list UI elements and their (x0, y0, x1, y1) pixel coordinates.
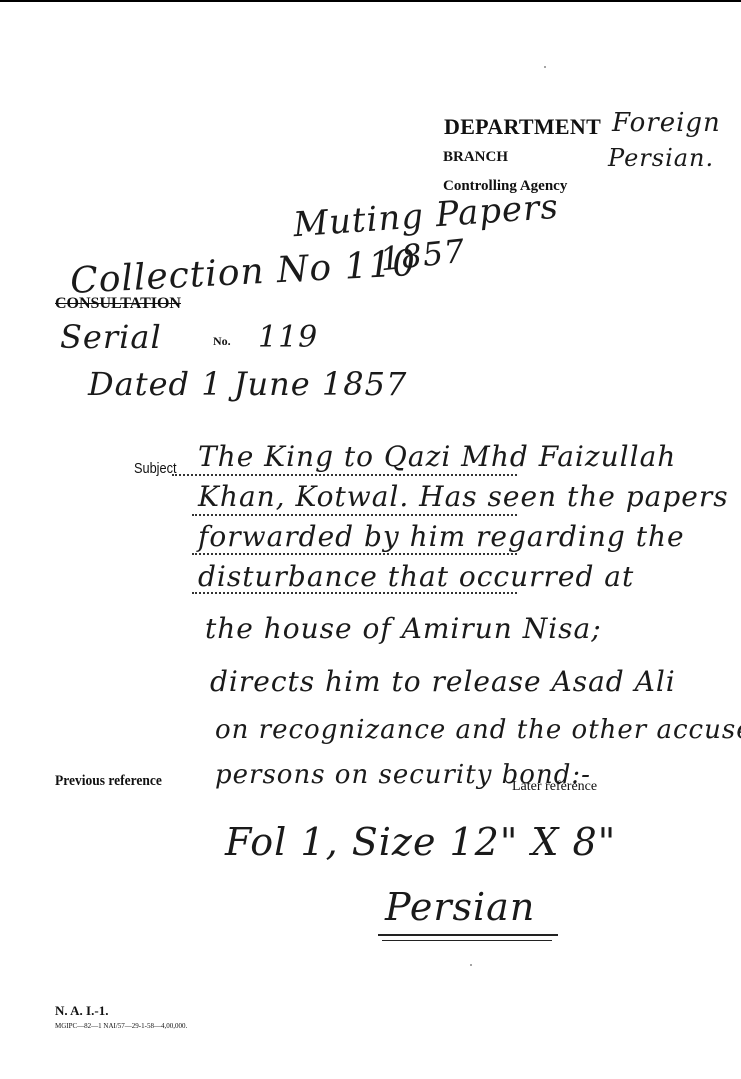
document-page: DEPARTMENT Foreign BRANCH Persian. Contr… (0, 0, 741, 1079)
folio-size: Fol 1, Size 12" X 8" (225, 820, 616, 864)
subject-line-5: the house of Amirun Nisa; (205, 612, 602, 645)
subject-dotted-line-1 (172, 474, 517, 476)
subject-line-6: directs him to release Asad Ali (210, 665, 676, 698)
collection-number: Collection No 110 (69, 243, 417, 302)
serial-number: 119 (258, 320, 318, 355)
double-underline-bottom (382, 940, 552, 941)
subject-label: Subject (134, 460, 177, 477)
print-code: MGIPC—82—1 NAI/57—29-1-58—4,00,000. (55, 1022, 187, 1030)
top-border-rule (0, 0, 741, 2)
double-underline-top (378, 934, 558, 936)
language-note: Persian (385, 885, 535, 929)
subject-dotted-line-3 (192, 553, 517, 555)
subject-line-3: forwarded by him regarding the (198, 520, 685, 553)
subject-dotted-line-2 (192, 514, 517, 516)
paper-speck (544, 66, 546, 68)
number-label: No. (213, 334, 231, 349)
subject-line-2: Khan, Kotwal. Has seen the papers (198, 480, 729, 513)
later-reference-label: Later reference (512, 779, 597, 795)
dated: Dated 1 June 1857 (88, 365, 407, 403)
department-value: Foreign (612, 108, 721, 138)
branch-label: BRANCH (443, 149, 508, 166)
paper-speck (470, 964, 472, 966)
subject-line-7: on recognizance and the other accused (215, 715, 741, 745)
serial-word: Serial (60, 318, 162, 356)
form-code: N. A. I.-1. (55, 1003, 108, 1019)
subject-line-4: disturbance that occurred at (198, 560, 634, 593)
department-label: DEPARTMENT (444, 114, 601, 140)
subject-line-1: The King to Qazi Mhd Faizullah (198, 440, 676, 473)
consultation-label: CONSULTATION (55, 295, 181, 313)
previous-reference-label: Previous reference (55, 773, 162, 790)
branch-value: Persian. (608, 144, 714, 172)
